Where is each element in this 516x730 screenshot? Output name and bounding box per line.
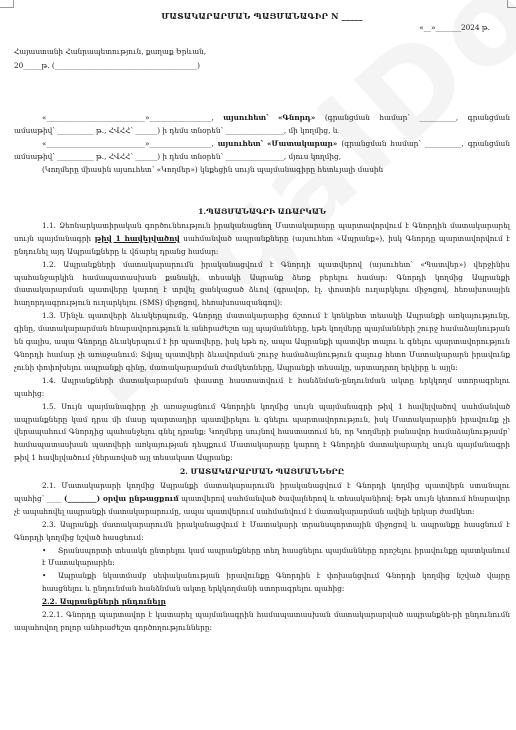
party-buyer: «___________________________»___________… bbox=[14, 112, 510, 138]
bullet-icon: • bbox=[42, 545, 58, 558]
page-corner-mark-right bbox=[507, 0, 516, 8]
bullet-item: •Ապրանքի նկատմամբ սեփականության իրավունք… bbox=[14, 570, 510, 596]
bullet-item: •Տրանսպորտի տեսակն ընտրելու կամ ապրանքնե… bbox=[14, 545, 510, 571]
clause-1-4: 1.4. Ապրանքների մատակարարման փաստը հաստա… bbox=[14, 375, 510, 401]
clause-2-3: 2.3. Ապրանքի մատակարարումն իրականացվում … bbox=[14, 519, 510, 545]
document-place: Հայաստանի Հանրապետություն, քաղաք Երևան, bbox=[14, 46, 206, 59]
document-date: «__»_______2024 թ. bbox=[419, 22, 490, 35]
document-place-date: 20_____թ. (_____________________________… bbox=[14, 60, 200, 73]
document-body: 1.ՊԱՅՄԱՆԱԳՐԻ ԱՌԱՐԿԱՆ 1.1. Ձեռնարկատիրակա… bbox=[14, 205, 510, 635]
supplier-role: «Մատակարար» bbox=[267, 139, 337, 148]
parties-block: «___________________________»___________… bbox=[14, 112, 510, 177]
party-supplier: «___________________________»___________… bbox=[14, 138, 510, 164]
section-2-heading: 2. ՄԱՏԱԿԱՐԱՐՄԱՆ ՊԱՅՄԱՆՆԵՐԸ bbox=[14, 466, 510, 479]
section-1-heading: 1.ՊԱՅՄԱՆԱԳՐԻ ԱՌԱՐԿԱՆ bbox=[14, 206, 510, 219]
clause-2-2-1: 2.2.1. Գնորդը պարտավոր է կատարել պայմանա… bbox=[14, 609, 510, 635]
parties-closing: (Կողմերը միասին այսուհետ՝ «Կողմեր») կնքե… bbox=[14, 164, 510, 177]
page-corner-mark-left bbox=[0, 0, 14, 8]
buyer-role: «Գնորդ» bbox=[278, 113, 315, 122]
clause-2-1: 2.1. Մատակարարի կողմից Ապրանքի մատակարար… bbox=[14, 480, 510, 519]
clause-1-3: 1.3. Մինչև պատվերի ձևակերպումը, Գնորդը մ… bbox=[14, 310, 510, 375]
clause-1-1: 1.1. Ձեռնարկատիրական գործունեություն իրա… bbox=[14, 220, 510, 259]
document-title: ՄԱՏԱԿԱՐԱՐՄԱՆ ՊԱՅՄԱՆԱԳԻՐ N _____ bbox=[14, 10, 510, 23]
clause-1-2: 1.2. Ապրանքների մատակարարումն իրականացվո… bbox=[14, 259, 510, 311]
bullet-icon: • bbox=[42, 570, 58, 583]
clause-1-5: 1.5. Սույն պայմանագիրը չի առաջացնում Գնո… bbox=[14, 401, 510, 466]
subsection-2-2-heading: 2.2. Ապրանքների ընդունելը bbox=[14, 596, 510, 609]
